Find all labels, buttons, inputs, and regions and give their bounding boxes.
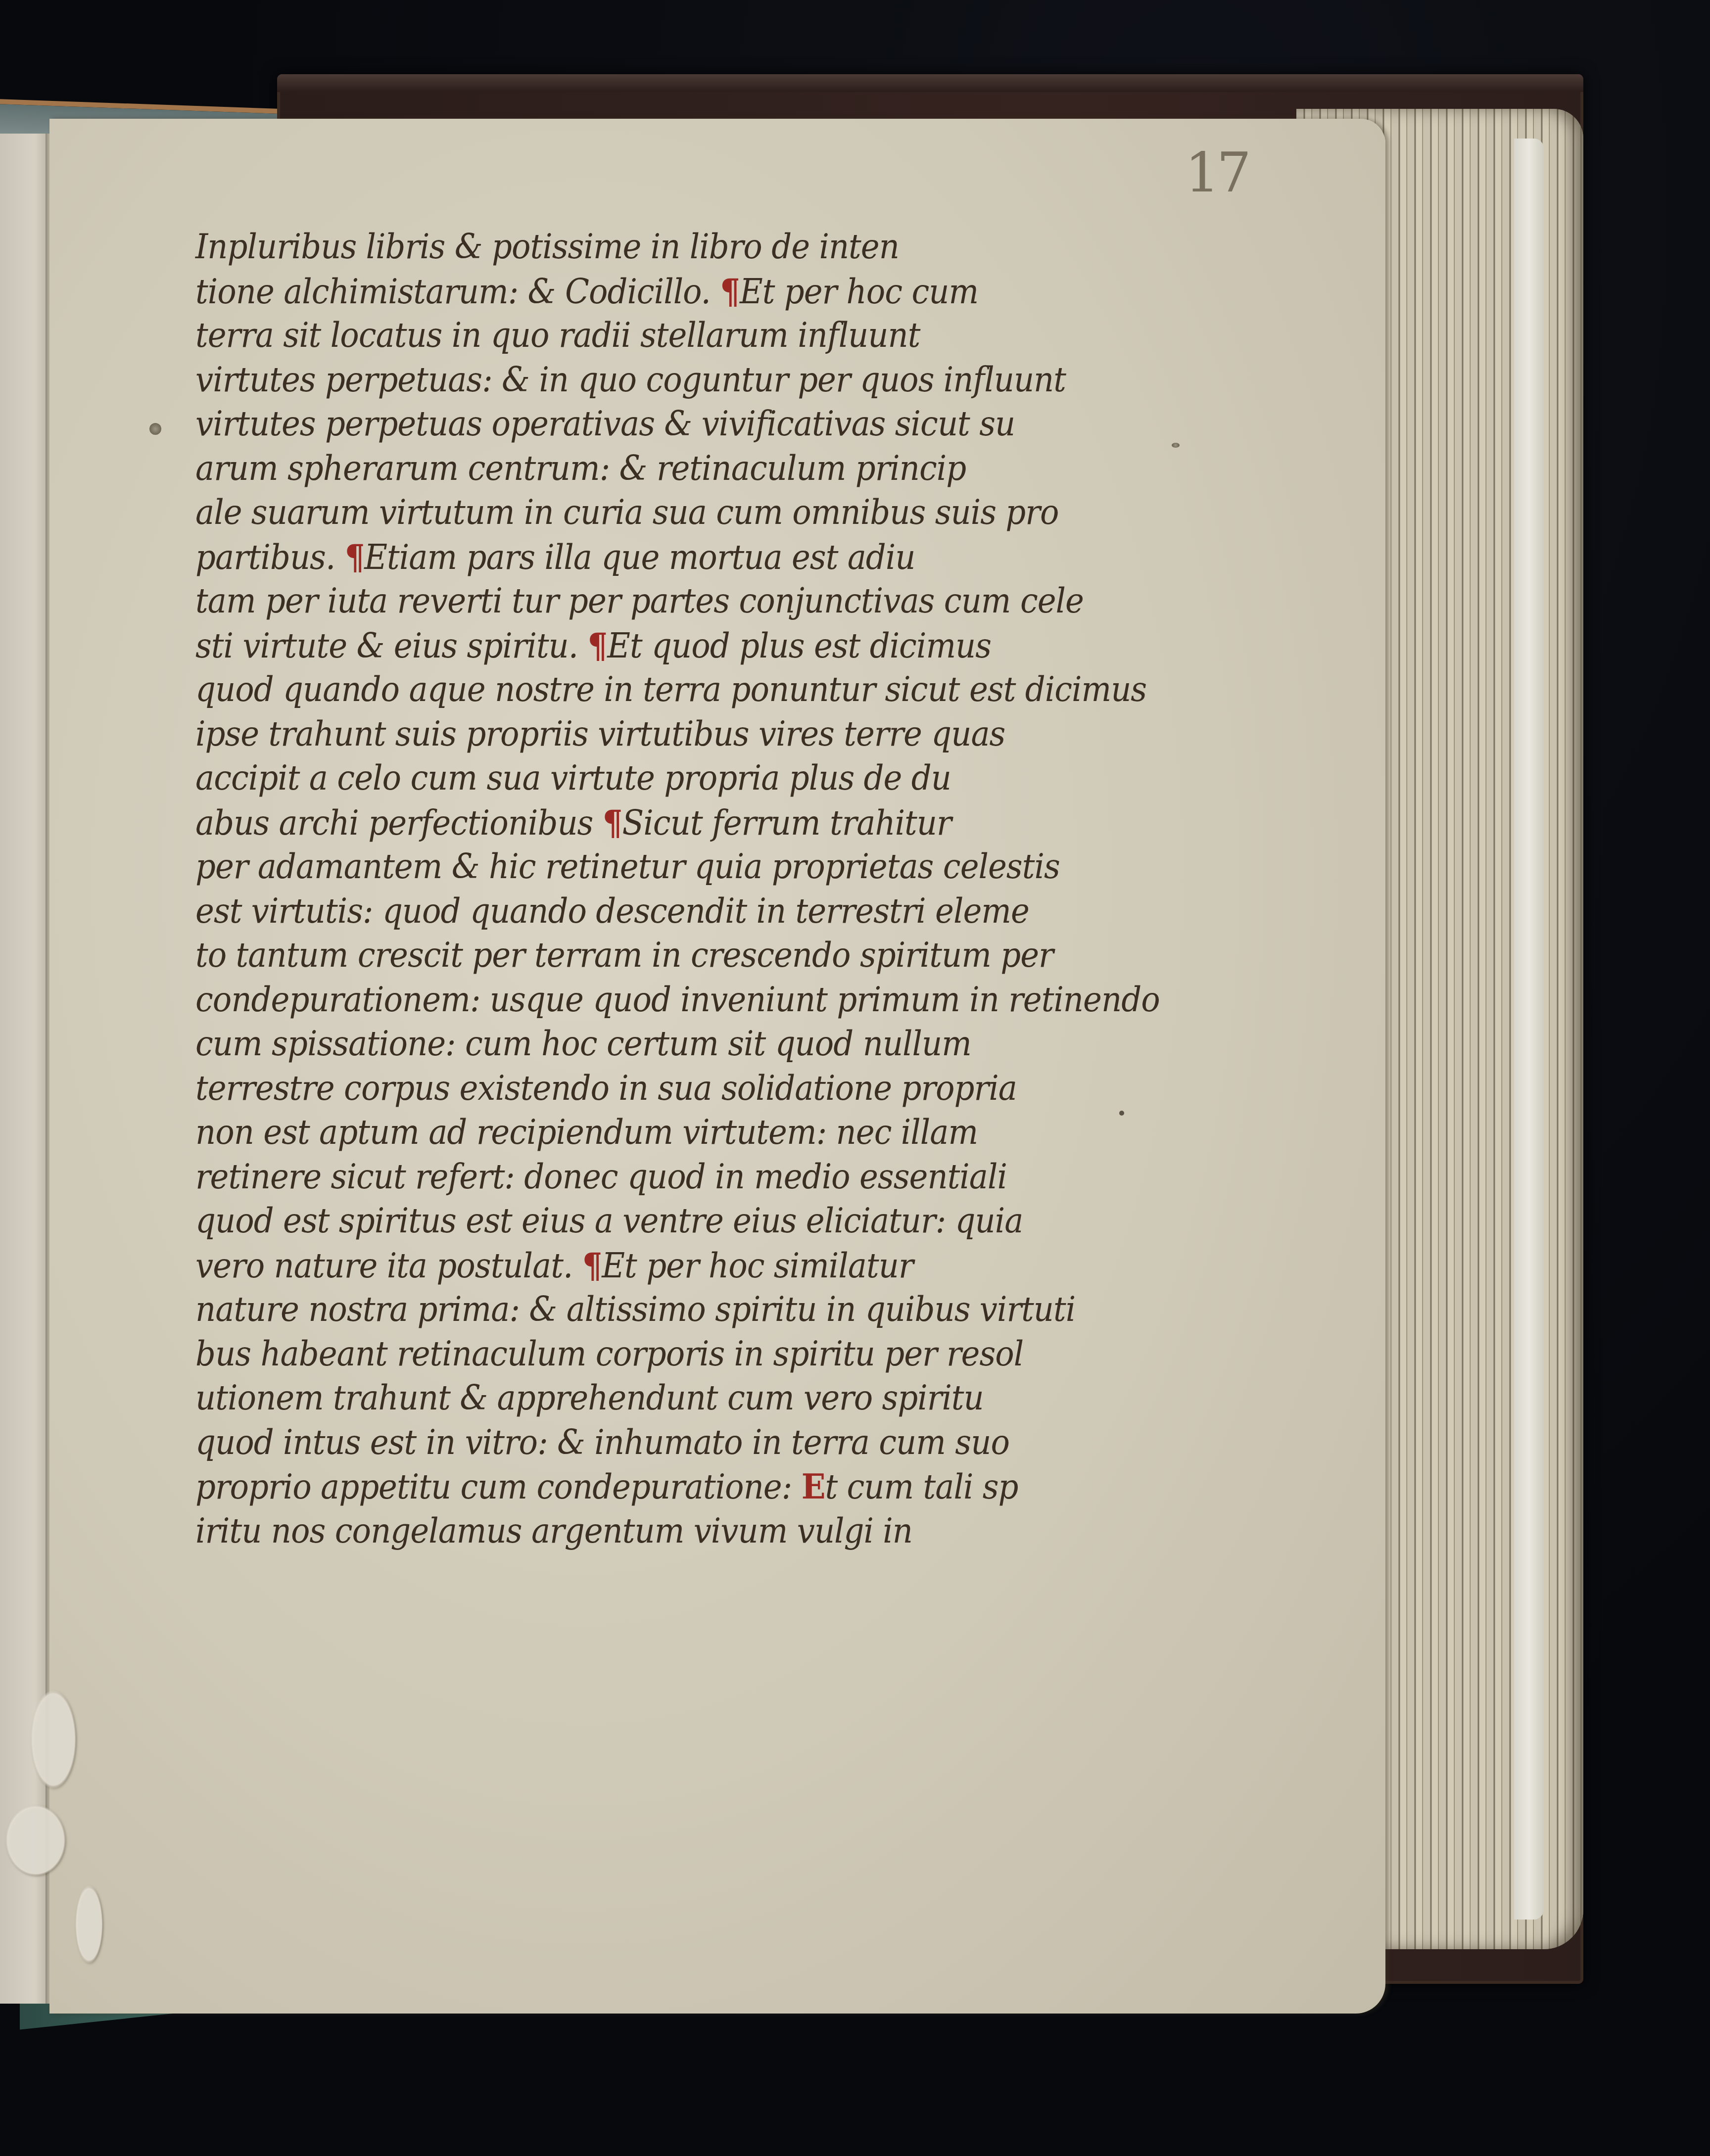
line-text-after-rubric: Et per hoc cum — [740, 272, 978, 312]
insect-damage — [0, 1672, 178, 2009]
wormhole — [149, 423, 161, 435]
rubric-paragraph-mark: ¶ — [582, 1245, 602, 1285]
line-text: arum spherarum centrum: & retinaculum pr… — [195, 448, 966, 488]
manuscript-line: ale suarum virtutum in curia sua cum omn… — [195, 489, 1086, 537]
manuscript-line: tione alchimistarum: & Codicillo. ¶Et pe… — [195, 268, 1086, 316]
line-text: iritu nos congelamus argentum vivum vulg… — [195, 1511, 912, 1550]
manuscript-line: sti virtute & eius spiritu. ¶Et quod plu… — [195, 622, 1086, 670]
rubric-paragraph-mark: ¶ — [720, 271, 740, 311]
line-text-after-rubric: t cum tali sp — [825, 1467, 1018, 1507]
line-text: virtutes perpetuas operativas & vivifica… — [195, 404, 1015, 444]
line-text: retinere sicut refert: donec quod in med… — [195, 1157, 1007, 1196]
line-text: proprio appetitu cum condepuratione: — [195, 1467, 802, 1507]
line-text: quod quando aque nostre in terra ponuntu… — [195, 670, 1146, 709]
manuscript-line: bus habeant retinaculum corporis in spir… — [195, 1330, 1086, 1378]
manuscript-line: arum spherarum centrum: & retinaculum pr… — [195, 445, 1086, 493]
line-text-after-rubric: Et quod plus est dicimus — [607, 626, 991, 666]
line-text-after-rubric: Sicut ferrum trahitur — [622, 803, 951, 843]
rubric-paragraph-mark: ¶ — [603, 802, 622, 843]
ink-spot — [1172, 443, 1180, 448]
manuscript-line: utionem trahunt & apprehendunt cum vero … — [195, 1374, 1086, 1422]
manuscript-line: virtutes perpetuas: & in quo coguntur pe… — [195, 356, 1086, 404]
manuscript-line: quod est spiritus est eius a ventre eius… — [195, 1197, 1086, 1245]
line-text: virtutes perpetuas: & in quo coguntur pe… — [195, 360, 1066, 399]
line-text: ale suarum virtutum in curia sua cum omn… — [195, 493, 1058, 532]
manuscript-line: tam per iuta reverti tur per partes conj… — [195, 577, 1086, 625]
line-text: terrestre corpus existendo in sua solida… — [195, 1068, 1017, 1108]
line-text: est virtutis: quod quando descendit in t… — [195, 891, 1029, 931]
cover-board-edge — [277, 74, 1583, 92]
manuscript-line: vero nature ita postulat. ¶Et per hoc si… — [195, 1242, 1086, 1290]
manuscript-line: iritu nos congelamus argentum vivum vulg… — [195, 1507, 1086, 1555]
manuscript-text-block: Inpluribus libris & potissime in libro d… — [195, 225, 1086, 1553]
line-text: per adamantem & hic retinetur quia propr… — [195, 847, 1060, 887]
manuscript-line: abus archi perfectionibus ¶Sicut ferrum … — [195, 799, 1086, 847]
rubric-paragraph-mark: ¶ — [588, 625, 608, 665]
line-text: Inpluribus libris & potissime in libro d… — [195, 227, 899, 267]
line-text: to tantum crescit per terram in crescend… — [195, 936, 1053, 975]
line-text: nature nostra prima: & altissimo spiritu… — [195, 1290, 1075, 1329]
line-text: utionem trahunt & apprehendunt cum vero … — [195, 1378, 984, 1418]
manuscript-line: per adamantem & hic retinetur quia propr… — [195, 843, 1086, 891]
line-text: tione alchimistarum: & Codicillo. — [195, 272, 720, 312]
line-text: abus archi perfectionibus — [195, 803, 603, 843]
endleaf-edge — [1514, 139, 1544, 1920]
line-text: partibus. — [195, 538, 345, 577]
folio-number: 17 — [1185, 141, 1248, 204]
line-text: terra sit locatus in quo radii stellarum… — [195, 316, 920, 355]
rubric-paragraph-mark: E — [802, 1467, 825, 1507]
line-text: quod est spiritus est eius a ventre eius… — [195, 1201, 1023, 1241]
line-text: condepurationem: usque quod inveniunt pr… — [195, 980, 1160, 1019]
manuscript-line: quod intus est in vitro: & inhumato in t… — [195, 1419, 1086, 1467]
line-text: accipit a celo cum sua virtute propria p… — [195, 758, 951, 798]
line-text-after-rubric: Et per hoc similatur — [602, 1246, 913, 1286]
line-text: sti virtute & eius spiritu. — [195, 626, 588, 666]
manuscript-line: virtutes perpetuas operativas & vivifica… — [195, 400, 1086, 448]
manuscript-line: nature nostra prima: & altissimo spiritu… — [195, 1286, 1086, 1334]
line-text: quod intus est in vitro: & inhumato in t… — [195, 1422, 1009, 1462]
line-text-after-rubric: Etiam pars illa que mortua est adiu — [364, 538, 915, 577]
rubric-paragraph-mark: ¶ — [345, 537, 365, 577]
manuscript-line: terra sit locatus in quo radii stellarum… — [195, 312, 1086, 360]
manuscript-line: cum spissatione: cum hoc certum sit quod… — [195, 1020, 1086, 1068]
manuscript-line: Inpluribus libris & potissime in libro d… — [195, 223, 1086, 271]
manuscript-line: quod quando aque nostre in terra ponuntu… — [195, 666, 1086, 714]
manuscript-line: retinere sicut refert: donec quod in med… — [195, 1153, 1086, 1201]
manuscript-line: ipse trahunt suis propriis virtutibus vi… — [195, 710, 1086, 758]
line-text: bus habeant retinaculum corporis in spir… — [195, 1334, 1023, 1373]
manuscript-line: proprio appetitu cum condepuratione: Et … — [195, 1463, 1086, 1511]
line-text: non est aptum ad recipiendum virtutem: n… — [195, 1113, 978, 1152]
manuscript-line: accipit a celo cum sua virtute propria p… — [195, 754, 1086, 802]
manuscript-line: condepurationem: usque quod inveniunt pr… — [195, 976, 1086, 1024]
line-text: cum spissatione: cum hoc certum sit quod… — [195, 1024, 971, 1064]
manuscript-line: terrestre corpus existendo in sua solida… — [195, 1065, 1086, 1113]
manuscript-line: partibus. ¶Etiam pars illa que mortua es… — [195, 533, 1086, 581]
manuscript-line: non est aptum ad recipiendum virtutem: n… — [195, 1109, 1086, 1157]
line-text: ipse trahunt suis propriis virtutibus vi… — [195, 714, 1005, 753]
line-text: vero nature ita postulat. — [195, 1246, 582, 1286]
manuscript-line: to tantum crescit per terram in crescend… — [195, 932, 1086, 980]
dirt-mark — [1119, 1111, 1124, 1116]
manuscript-line: est virtutis: quod quando descendit in t… — [195, 888, 1086, 936]
line-text: tam per iuta reverti tur per partes conj… — [195, 581, 1084, 621]
